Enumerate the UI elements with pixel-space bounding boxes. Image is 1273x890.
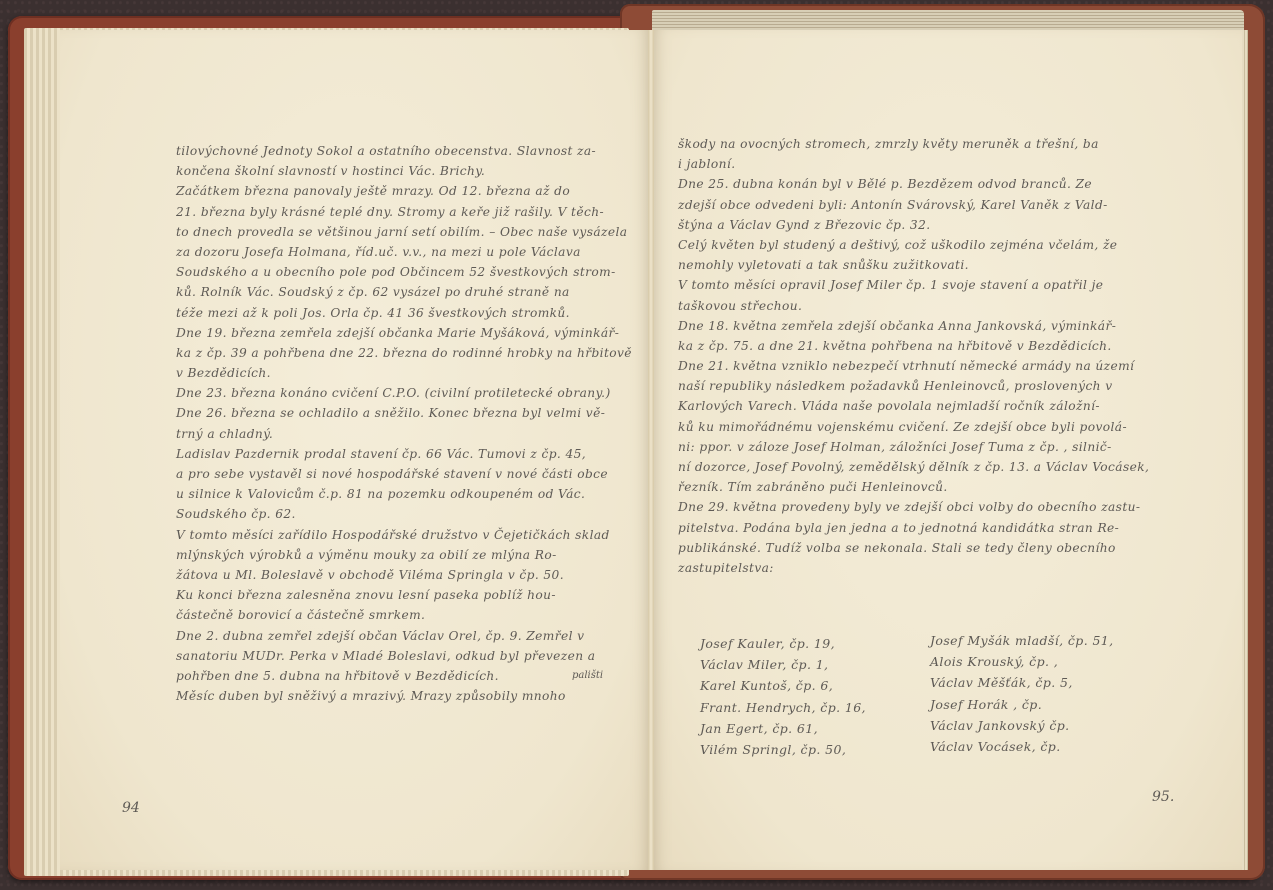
text-line: a pro sebe vystavěl si nové hospodářské … bbox=[176, 464, 632, 484]
text-line: zastupitelstva: bbox=[678, 558, 1149, 578]
text-line: taškovou střechou. bbox=[678, 296, 1149, 316]
council-member: Václav Vocásek, čp. bbox=[930, 736, 1114, 757]
text-line: řezník. Tím zabráněno puči Henleinovců. bbox=[678, 477, 1149, 497]
text-line: škody na ovocných stromech, zmrzly květy… bbox=[678, 134, 1149, 154]
text-line: ní dozorce, Josef Povolný, zemědělský dě… bbox=[678, 457, 1149, 477]
margin-insertion-note: pališti bbox=[572, 670, 603, 681]
text-line: trný a chladný. bbox=[176, 424, 632, 444]
text-line: nemohly vyletovati a tak snůšku zužitkov… bbox=[678, 255, 1149, 275]
text-line: štýna a Václav Gynd z Březovic čp. 32. bbox=[678, 215, 1149, 235]
text-line: ni: ppor. v záloze Josef Holman, záložní… bbox=[678, 437, 1149, 457]
text-line: publikánské. Tudíž volba se nekonala. St… bbox=[678, 538, 1149, 558]
page-number-left: 94 bbox=[122, 800, 140, 816]
text-line: Dne 23. března konáno cvičení C.P.O. (ci… bbox=[176, 383, 632, 403]
text-line: V tomto měsíci zařídilo Hospodářské druž… bbox=[176, 525, 632, 545]
council-member: Václav Jankovský čp. bbox=[930, 715, 1114, 736]
text-line: Dne 26. března se ochladilo a sněžilo. K… bbox=[176, 403, 632, 423]
council-member: Frant. Hendrych, čp. 16, bbox=[700, 697, 866, 718]
text-line: pohřben dne 5. dubna na hřbitově v Bezdě… bbox=[176, 666, 632, 686]
council-member: Josef Kauler, čp. 19, bbox=[700, 633, 866, 654]
text-line: ka z čp. 75. a dne 21. května pohřbena n… bbox=[678, 336, 1149, 356]
text-line: za dozoru Josefa Holmana, říd.uč. v.v., … bbox=[176, 242, 632, 262]
text-line: Karlových Varech. Vláda naše povolala ne… bbox=[678, 396, 1149, 416]
council-member: Vilém Springl, čp. 50, bbox=[700, 739, 866, 760]
council-member: Alois Krouský, čp. , bbox=[930, 651, 1114, 672]
right-page-top-edges bbox=[652, 10, 1244, 30]
text-line: Dne 19. března zemřela zdejší občanka Ma… bbox=[176, 323, 632, 343]
text-line: i jabloní. bbox=[678, 154, 1149, 174]
page-number-right: 95. bbox=[1152, 789, 1174, 805]
council-members-list-right: Josef Myšák mladší, čp. 51, Alois Krousk… bbox=[930, 630, 1114, 757]
text-line: sanatoriu MUDr. Perka v Mladé Boleslavi,… bbox=[176, 646, 632, 666]
text-line: naší republiky následkem požadavků Henle… bbox=[678, 376, 1149, 396]
text-line: ků. Rolník Vác. Soudský z čp. 62 vysázel… bbox=[176, 282, 632, 302]
text-line: Začátkem března panovaly ještě mrazy. Od… bbox=[176, 181, 632, 201]
text-line: Soudského a u obecního pole pod Občincem… bbox=[176, 262, 632, 282]
left-page-text: tilovýchovné Jednoty Sokol a ostatního o… bbox=[176, 141, 632, 706]
text-line: téže mezi až k poli Jos. Orla čp. 41 36 … bbox=[176, 303, 632, 323]
text-line: Soudského čp. 62. bbox=[176, 504, 632, 524]
text-line: V tomto měsíci opravil Josef Miler čp. 1… bbox=[678, 275, 1149, 295]
text-line: Ku konci března zalesněna znovu lesní pa… bbox=[176, 585, 632, 605]
text-line: Ladislav Pazdernik prodal stavení čp. 66… bbox=[176, 444, 632, 464]
text-line: ků ku mimořádnému vojenskému cvičení. Ze… bbox=[678, 417, 1149, 437]
text-line: končena školní slavností v hostinci Vác.… bbox=[176, 161, 632, 181]
council-member: Josef Myšák mladší, čp. 51, bbox=[930, 630, 1114, 651]
council-member: Václav Měšťák, čp. 5, bbox=[930, 672, 1114, 693]
text-line: Dne 25. dubna konán byl v Bělé p. Bezděz… bbox=[678, 174, 1149, 194]
council-members-list-left: Josef Kauler, čp. 19, Václav Miler, čp. … bbox=[700, 633, 866, 760]
council-member: Josef Horák , čp. bbox=[930, 694, 1114, 715]
council-member: Karel Kuntoš, čp. 6, bbox=[700, 675, 866, 696]
text-line: pitelstva. Podána byla jen jedna a to je… bbox=[678, 518, 1149, 538]
text-line: to dnech provedla se většinou jarní setí… bbox=[176, 222, 632, 242]
text-line: ka z čp. 39 a pohřbena dne 22. března do… bbox=[176, 343, 632, 363]
text-line: Dne 18. května zemřela zdejší občanka An… bbox=[678, 316, 1149, 336]
right-page-text: škody na ovocných stromech, zmrzly květy… bbox=[678, 134, 1149, 578]
text-line: 21. března byly krásné teplé dny. Stromy… bbox=[176, 202, 632, 222]
text-line: v Bezdědicích. bbox=[176, 363, 632, 383]
text-line: Dne 29. května provedeny byly ve zdejší … bbox=[678, 497, 1149, 517]
text-line: Dne 21. května vzniklo nebezpečí vtrhnut… bbox=[678, 356, 1149, 376]
text-line: mlýnských výrobků a výměnu mouky za obil… bbox=[176, 545, 632, 565]
council-member: Jan Egert, čp. 61, bbox=[700, 718, 866, 739]
council-member: Václav Miler, čp. 1, bbox=[700, 654, 866, 675]
text-line: u silnice k Valovicům č.p. 81 na pozemku… bbox=[176, 484, 632, 504]
text-line: žátova u Ml. Boleslavě v obchodě Viléma … bbox=[176, 565, 632, 585]
text-line: částečně borovicí a částečně smrkem. bbox=[176, 605, 632, 625]
text-line: zdejší obce odvedeni byli: Antonín Sváro… bbox=[678, 195, 1149, 215]
text-line: Celý květen byl studený a deštivý, což u… bbox=[678, 235, 1149, 255]
right-page-fore-edge bbox=[1242, 30, 1248, 870]
text-line: Dne 2. dubna zemřel zdejší občan Václav … bbox=[176, 626, 632, 646]
text-line: tilovýchovné Jednoty Sokol a ostatního o… bbox=[176, 141, 632, 161]
text-line: Měsíc duben byl sněživý a mrazivý. Mrazy… bbox=[176, 686, 632, 706]
book-gutter bbox=[648, 30, 654, 870]
